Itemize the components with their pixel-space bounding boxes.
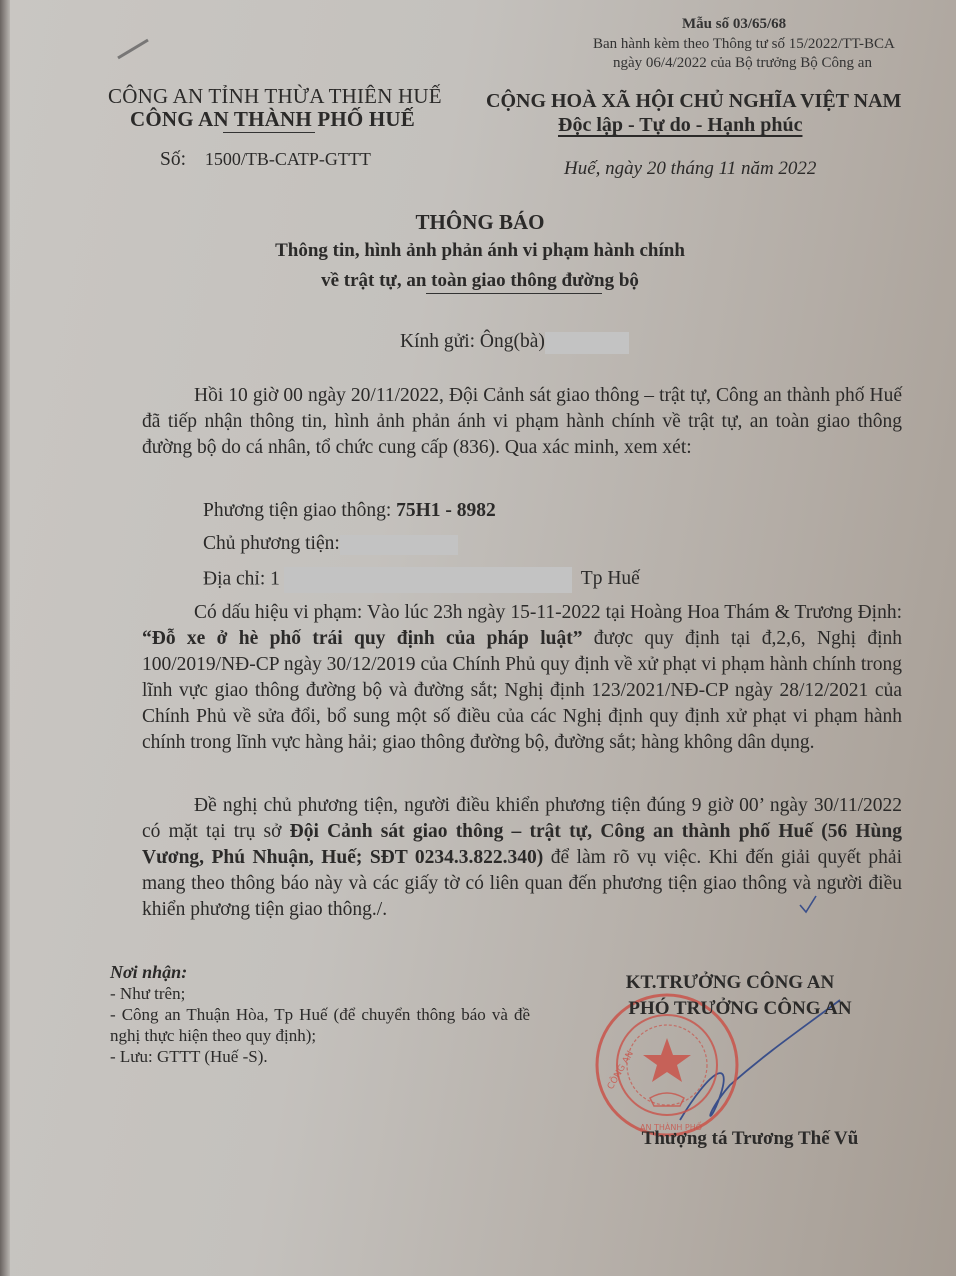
recipient-item: - Như trên;: [110, 983, 530, 1004]
recipients-heading: Nơi nhận:: [110, 962, 530, 983]
recipient-item: - Công an Thuận Hòa, Tp Huế (để chuyển t…: [110, 1004, 530, 1046]
country-name: CỘNG HOÀ XÃ HỘI CHỦ NGHĨA VIỆT NAM: [486, 90, 901, 113]
addressee: Kính gửi: Ông(bà): [400, 331, 629, 354]
document-subtitle-1: Thông tin, hình ảnh phản ánh vi phạm hàn…: [10, 240, 950, 262]
vehicle-address-city: Tp Huế: [581, 568, 640, 589]
document-title: THÔNG BÁO: [10, 210, 950, 235]
addressee-label: Kính gửi: Ông(bà): [400, 331, 545, 352]
agency-name: CÔNG AN THÀNH PHỐ HUẾ: [130, 107, 415, 132]
document-number-label: Số:: [160, 149, 186, 170]
subtitle-underline: [426, 293, 602, 294]
addressee-redaction: [545, 332, 629, 354]
form-number: Mẫu số 03/65/68: [682, 16, 786, 33]
vehicle-address-redaction: [284, 567, 572, 593]
signature-title-1: KT.TRƯỞNG CÔNG AN: [570, 972, 890, 994]
vehicle-plate-label: Phương tiện giao thông:: [203, 500, 391, 521]
document-number: Số: 1500/TB-CATP-GTTT: [160, 149, 371, 171]
vehicle-owner-label: Chủ phương tiện:: [203, 533, 340, 554]
vehicle-plate: 75H1 - 8982: [396, 500, 496, 521]
intro-paragraph: Hồi 10 giờ 00 ngày 20/11/2022, Đội Cảnh …: [142, 383, 902, 461]
signature-title-2: PHÓ TRƯỞNG CÔNG AN: [570, 998, 910, 1020]
agency-parent: CÔNG AN TỈNH THỪA THIÊN HUẾ: [108, 84, 442, 109]
national-motto: Độc lập - Tự do - Hạnh phúc: [558, 114, 802, 137]
vehicle-plate-row: Phương tiện giao thông: 75H1 - 8982: [203, 500, 496, 522]
vehicle-owner-redaction: [340, 535, 458, 555]
violation-lead: Có dấu hiệu vi phạm: Vào lúc 23h ngày 15…: [194, 602, 902, 623]
vehicle-address-row: Địa chỉ: 1 Tp Huế: [203, 567, 640, 593]
document-page: Mẫu số 03/65/68 Ban hành kèm theo Thông …: [10, 0, 956, 1276]
recipients-block: Nơi nhận: - Như trên; - Công an Thuận Hò…: [110, 962, 530, 1067]
star-icon: [643, 1038, 691, 1082]
violation-offense: “Đỗ xe ở hè phố trái quy định của pháp l…: [142, 628, 582, 649]
violation-paragraph: Có dấu hiệu vi phạm: Vào lúc 23h ngày 15…: [142, 600, 902, 756]
signer-name: Thượng tá Trương Thế Vũ: [570, 1128, 930, 1150]
place-date: Huế, ngày 20 tháng 11 năm 2022: [564, 158, 816, 180]
agency-underline: [223, 132, 315, 133]
vehicle-owner-row: Chủ phương tiện:: [203, 533, 458, 555]
recipient-item: - Lưu: GTTT (Huế -S).: [110, 1046, 530, 1067]
form-issued-date: ngày 06/4/2022 của Bộ trưởng Bộ Công an: [613, 55, 872, 72]
request-paragraph: Đề nghị chủ phương tiện, người điều khiể…: [142, 793, 902, 923]
document-number-value: 1500/TB-CATP-GTTT: [205, 149, 371, 169]
document-subtitle-2: về trật tự, an toàn giao thông đường bộ: [10, 270, 950, 292]
vehicle-address-label: Địa chỉ: 1: [203, 568, 280, 589]
form-issued-with: Ban hành kèm theo Thông tư số 15/2022/TT…: [593, 36, 895, 53]
paper-edge: [0, 0, 10, 1276]
